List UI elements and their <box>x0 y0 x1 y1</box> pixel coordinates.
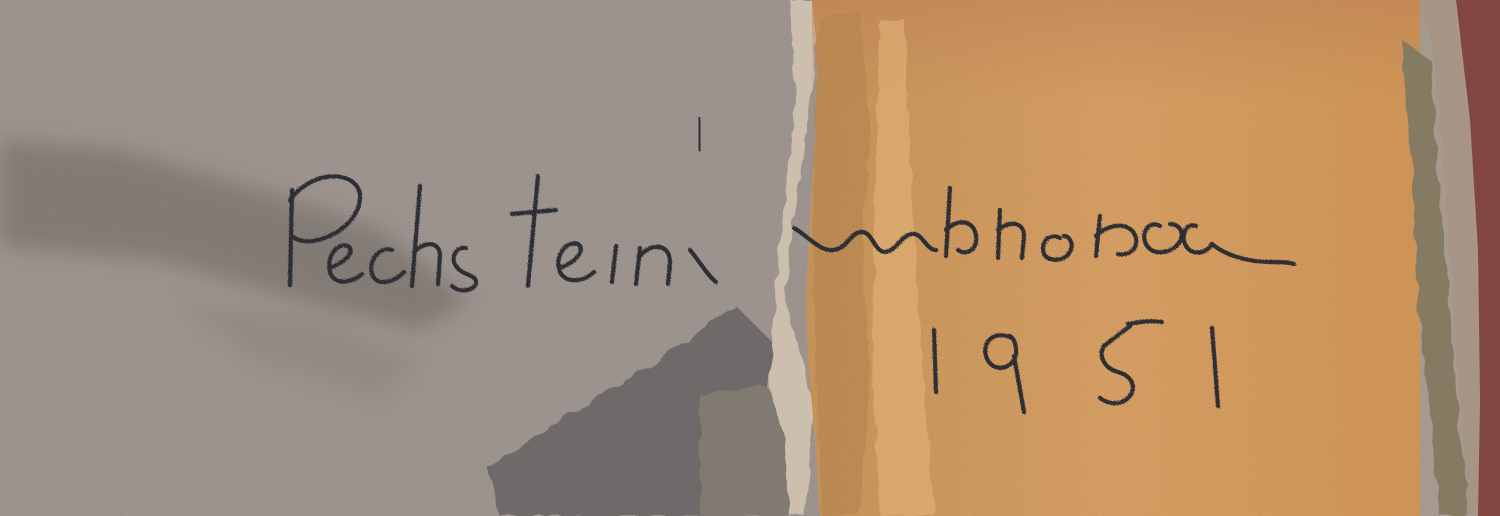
ochre-brown-band <box>812 10 870 516</box>
watercolour-artwork: Pechstein 1951 <box>0 0 1500 516</box>
painting-canvas <box>0 0 1500 516</box>
pencil-tick-mark <box>699 118 700 150</box>
